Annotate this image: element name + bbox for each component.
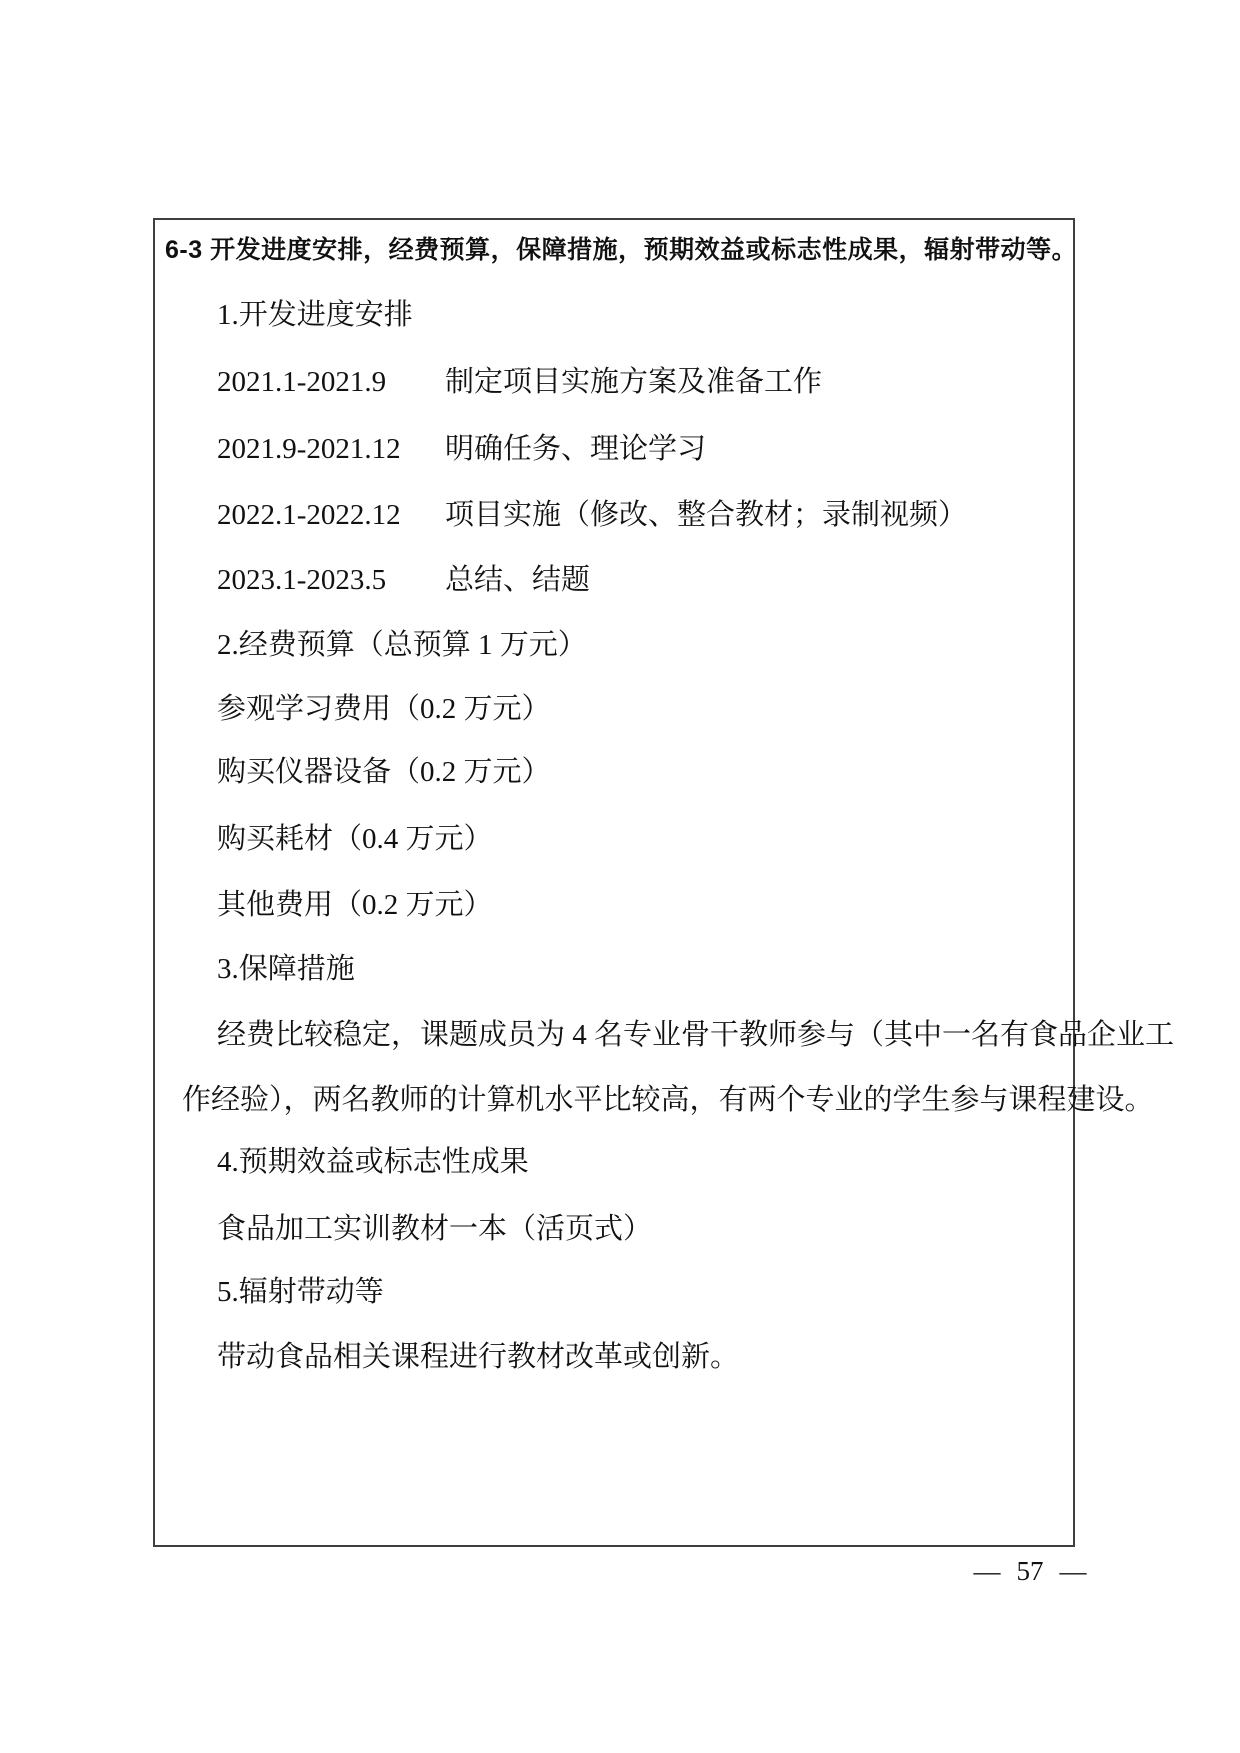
body-line: 5.辐射带动等 (217, 1276, 384, 1308)
section-heading: 6-3 开发进度安排，经费预算，保障措施，预期效益或标志性成果，辐射带动等。 (165, 234, 1077, 266)
body-line: 1.开发进度安排 (217, 299, 413, 331)
schedule-row: 2021.1-2021.9制定项目实施方案及准备工作 (217, 366, 822, 398)
body-line: 食品加工实训教材一本（活页式） (217, 1213, 652, 1245)
page-footer: — 57 — (955, 1554, 1105, 1588)
schedule-desc: 制定项目实施方案及准备工作 (445, 366, 822, 398)
footer-dash-right: — (1060, 1554, 1087, 1588)
schedule-row: 2023.1-2023.5总结、结题 (217, 564, 590, 596)
footer-dash-left: — (974, 1554, 1001, 1588)
page-number: 57 (1017, 1554, 1044, 1588)
form-section-box: 6-3 开发进度安排，经费预算，保障措施，预期效益或标志性成果，辐射带动等。 1… (153, 218, 1075, 1547)
body-line: 参观学习费用（0.2 万元） (217, 693, 551, 725)
body-line: 2.经费预算（总预算 1 万元） (217, 629, 587, 661)
body-line: 4.预期效益或标志性成果 (217, 1146, 529, 1178)
document-page: 6-3 开发进度安排，经费预算，保障措施，预期效益或标志性成果，辐射带动等。 1… (0, 0, 1240, 1753)
body-line: 购买耗材（0.4 万元） (217, 823, 493, 855)
schedule-desc: 明确任务、理论学习 (445, 433, 706, 465)
body-line: 经费比较稳定，课题成员为 4 名专业骨干教师参与（其中一名有食品企业工 (217, 1019, 1174, 1051)
body-line: 作经验），两名教师的计算机水平比较高，有两个专业的学生参与课程建设。 (182, 1084, 1154, 1116)
schedule-row: 2022.1-2022.12项目实施（修改、整合教材；录制视频） (217, 499, 967, 531)
body-line: 3.保障措施 (217, 953, 355, 985)
schedule-row: 2021.9-2021.12明确任务、理论学习 (217, 433, 706, 465)
schedule-date: 2021.1-2021.9 (217, 366, 445, 398)
schedule-desc: 总结、结题 (445, 564, 590, 596)
schedule-date: 2022.1-2022.12 (217, 499, 445, 531)
schedule-desc: 项目实施（修改、整合教材；录制视频） (445, 499, 967, 531)
schedule-date: 2023.1-2023.5 (217, 564, 445, 596)
schedule-date: 2021.9-2021.12 (217, 433, 445, 465)
body-line: 其他费用（0.2 万元） (217, 889, 493, 921)
body-line: 带动食品相关课程进行教材改革或创新。 (217, 1341, 739, 1373)
body-line: 购买仪器设备（0.2 万元） (217, 756, 551, 788)
